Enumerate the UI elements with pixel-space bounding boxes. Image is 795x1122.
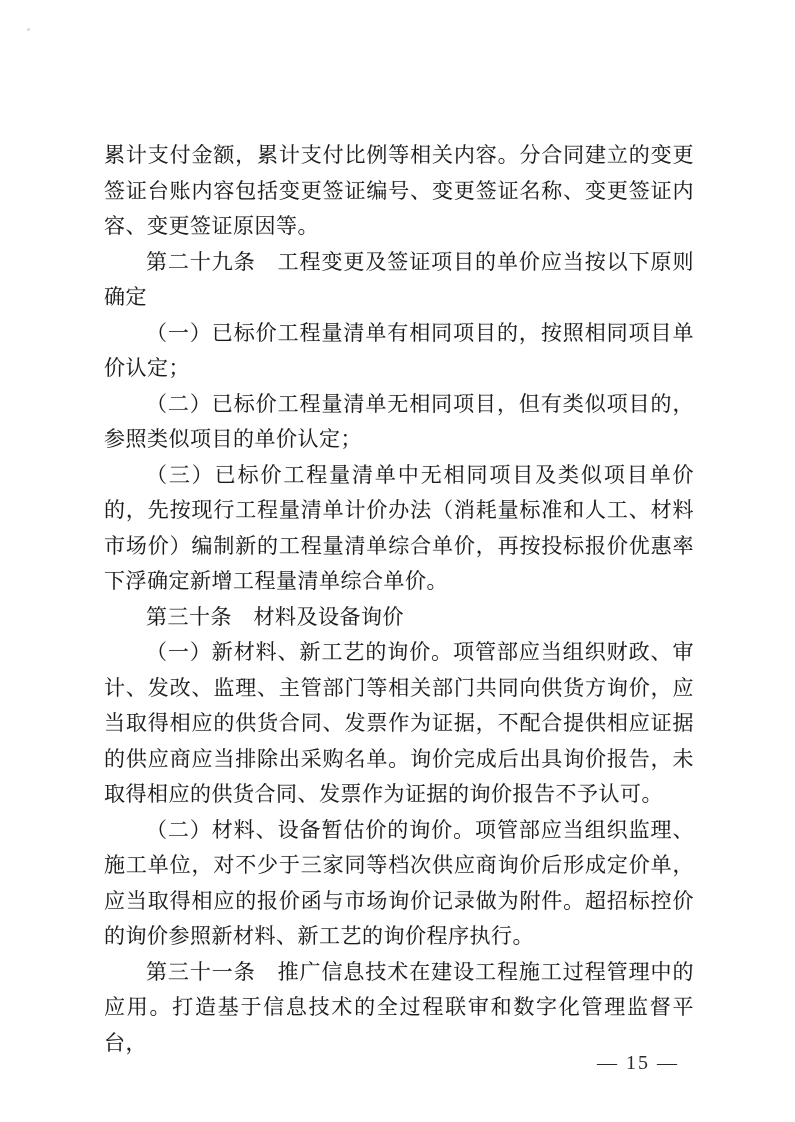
page-number: — 15 —: [0, 1052, 679, 1075]
paragraph-signature-ledger-continuation: 累计支付金额，累计支付比例等相关内容。分合同建立的变更签证台账内容包括变更签证编…: [104, 138, 694, 245]
scan-artifact-speck: [27, 28, 30, 31]
article-29-item-1-paragraph: （一）已标价工程量清单有相同项目的，按照相同项目单价认定；: [104, 316, 694, 387]
article-30-heading-paragraph: 第三十条 材料及设备询价: [104, 600, 694, 636]
document-page: 累计支付金额，累计支付比例等相关内容。分合同建立的变更签证台账内容包括变更签证编…: [0, 0, 795, 1122]
article-30-item-1-paragraph: （一）新材料、新工艺的询价。项管部应当组织财政、审计、发改、监理、主管部门等相关…: [104, 635, 694, 813]
document-body: 累计支付金额，累计支付比例等相关内容。分合同建立的变更签证台账内容包括变更签证编…: [104, 138, 694, 1061]
article-30-item-2-paragraph: （二）材料、设备暂估价的询价。项管部应当组织监理、施工单位，对不少于三家同等档次…: [104, 813, 694, 955]
article-29-item-2-paragraph: （二）已标价工程量清单无相同项目，但有类似项目的，参照类似项目的单价认定；: [104, 387, 694, 458]
article-31-paragraph: 第三十一条 推广信息技术在建设工程施工过程管理中的应用。打造基于信息技术的全过程…: [104, 955, 694, 1062]
article-29-heading-paragraph: 第二十九条 工程变更及签证项目的单价应当按以下原则确定: [104, 245, 694, 316]
article-29-item-3-paragraph: （三）已标价工程量清单中无相同项目及类似项目单价的，先按现行工程量清单计价办法（…: [104, 458, 694, 600]
